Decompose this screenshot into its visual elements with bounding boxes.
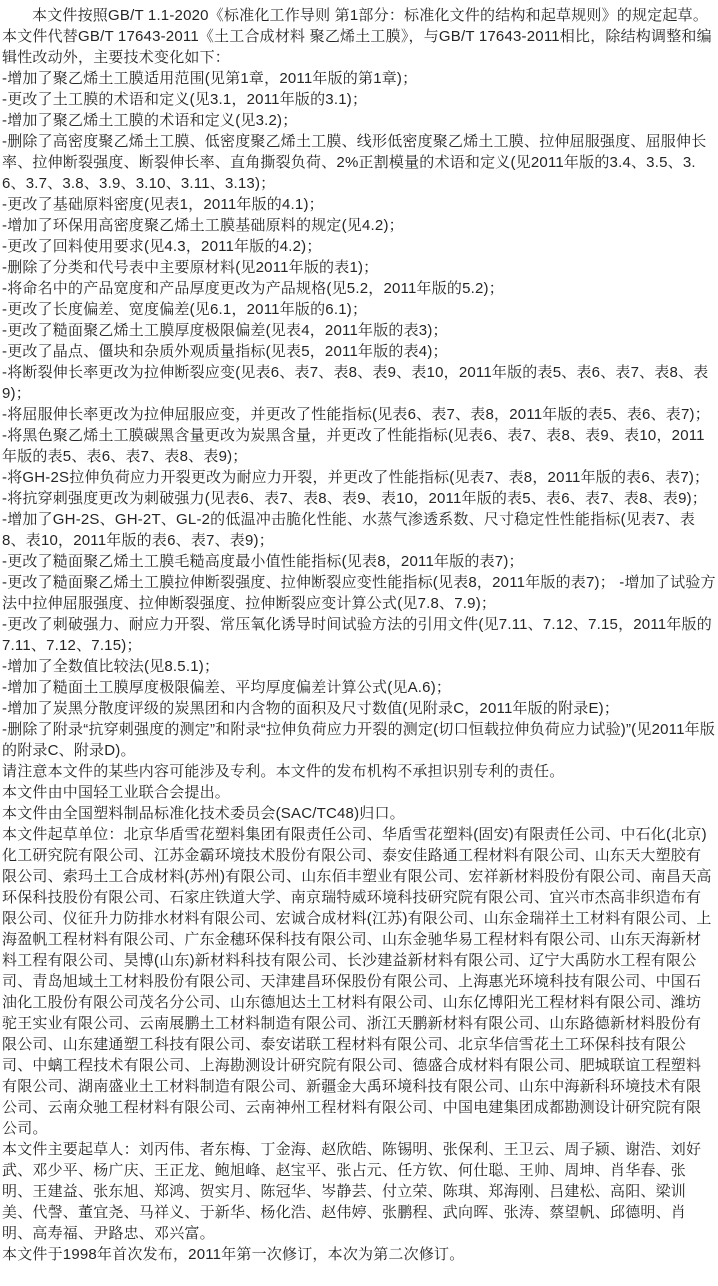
paragraph: -更改了回料使用要求(见4.3，2011年版的4.2)；	[2, 236, 716, 257]
paragraph-list: 本文件按照GB/T 1.1-2020《标准化工作导则 第1部分：标准化文件的结构…	[2, 5, 716, 1265]
paragraph: 本文件起草单位：北京华盾雪花塑料集团有限责任公司、华盾雪花塑料(固安)有限责任公…	[2, 824, 716, 1139]
paragraph: -更改了糙面聚乙烯土工膜拉伸断裂强度、拉伸断裂应变性能指标(见表8，2011年版…	[2, 572, 716, 614]
paragraph: -更改了晶点、僵块和杂质外观质量指标(见表5，2011年版的表4)；	[2, 341, 716, 362]
paragraph: -将GH-2S拉伸负荷应力开裂更改为耐应力开裂，并更改了性能指标(见表7、表8，…	[2, 467, 716, 488]
paragraph: 本文件代替GB/T 17643-2011《土工合成材料 聚乙烯土工膜》，与GB/…	[2, 26, 716, 68]
paragraph: 本文件按照GB/T 1.1-2020《标准化工作导则 第1部分：标准化文件的结构…	[2, 5, 716, 26]
paragraph: -增加了聚乙烯土工膜的术语和定义(见3.2)；	[2, 110, 716, 131]
paragraph: 请注意本文件的某些内容可能涉及专利。本文件的发布机构不承担识别专利的责任。	[2, 761, 716, 782]
paragraph: -删除了高密度聚乙烯土工膜、低密度聚乙烯土工膜、线形低密度聚乙烯土工膜、拉伸屈服…	[2, 131, 716, 194]
standard-foreword-document: 本文件按照GB/T 1.1-2020《标准化工作导则 第1部分：标准化文件的结构…	[0, 0, 718, 1286]
paragraph: -更改了糙面聚乙烯土工膜厚度极限偏差(见表4，2011年版的表3)；	[2, 320, 716, 341]
paragraph: -将断裂伸长率更改为拉伸断裂应变(见表6、表7、表8、表9、表10，2011年版…	[2, 362, 716, 404]
paragraph: -增加了糙面土工膜厚度极限偏差、平均厚度偏差计算公式(见A.6)；	[2, 677, 716, 698]
paragraph: -更改了基础原料密度(见表1，2011年版的4.1)；	[2, 194, 716, 215]
paragraph: -更改了糙面聚乙烯土工膜毛糙高度最小值性能指标(见表8，2011年版的表7)；	[2, 551, 716, 572]
paragraph: -增加了全数值比较法(见8.5.1)；	[2, 656, 716, 677]
paragraph: 本文件于1998年首次发布，2011年第一次修订，本次为第二次修订。	[2, 1244, 716, 1265]
paragraph: -将命名中的产品宽度和产品厚度更改为产品规格(见5.2，2011年版的5.2)；	[2, 278, 716, 299]
paragraph: -删除了分类和代号表中主要原材料(见2011年版的表1)；	[2, 257, 716, 278]
paragraph: -更改了刺破强力、耐应力开裂、常压氧化诱导时间试验方法的引用文件(见7.11、7…	[2, 614, 716, 656]
paragraph: -增加了炭黑分散度评级的炭黑团和内含物的面积及尺寸数值(见附录C，2011年版的…	[2, 698, 716, 719]
paragraph: -将黑色聚乙烯土工膜碳黑含量更改为炭黑含量，并更改了性能指标(见表6、表7、表8…	[2, 425, 716, 467]
paragraph: -增加了GH-2S、GH-2T、GL-2的低温冲击脆化性能、水蒸气渗透系数、尺寸…	[2, 509, 716, 551]
paragraph: -更改了长度偏差、宽度偏差(见6.1，2011年版的6.1)；	[2, 299, 716, 320]
paragraph: -将抗穿刺强度更改为刺破强力(见表6、表7、表8、表9、表10，2011年版的表…	[2, 488, 716, 509]
paragraph: -删除了附录“抗穿刺强度的测定”和附录“拉伸负荷应力开裂的测定(切口恒载拉伸负荷…	[2, 719, 716, 761]
paragraph: 本文件由中国轻工业联合会提出。	[2, 782, 716, 803]
paragraph: -增加了聚乙烯土工膜适用范围(见第1章，2011年版的第1章)；	[2, 68, 716, 89]
paragraph: -将屈服伸长率更改为拉伸屈服应变，并更改了性能指标(见表6、表7、表8，2011…	[2, 404, 716, 425]
paragraph: 本文件由全国塑料制品标准化技术委员会(SAC/TC48)归口。	[2, 803, 716, 824]
paragraph: 本文件主要起草人：刘丙伟、者东梅、丁金海、赵欣皓、陈锡明、张保利、王卫云、周子颍…	[2, 1139, 716, 1244]
paragraph: -更改了土工膜的术语和定义(见3.1，2011年版的3.1)；	[2, 89, 716, 110]
paragraph: -增加了环保用高密度聚乙烯土工膜基础原料的规定(见4.2)；	[2, 215, 716, 236]
